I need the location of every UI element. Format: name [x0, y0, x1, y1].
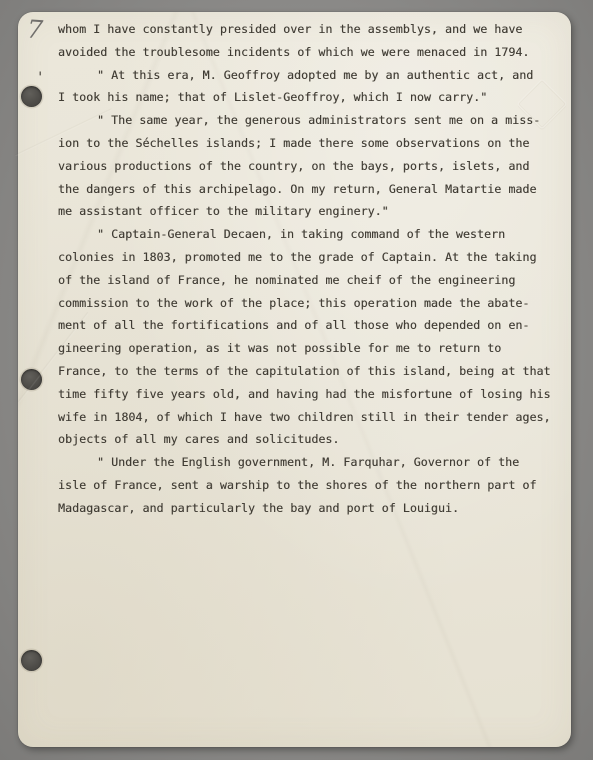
typed-line: " At this era, M. Geoffroy adopted me by… — [97, 64, 563, 87]
typed-line: various productions of the country, on t… — [58, 155, 563, 178]
typed-line: ion to the Séchelles islands; I made the… — [58, 132, 563, 155]
typed-line: avoided the troublesome incidents of whi… — [58, 41, 563, 64]
typed-line: whom I have constantly presided over in … — [58, 18, 563, 41]
typed-line: of the island of France, he nominated me… — [58, 269, 563, 292]
typed-line: commission to the work of the place; thi… — [58, 292, 563, 315]
typed-line: gineering operation, as it was not possi… — [58, 337, 563, 360]
punch-hole-top — [21, 86, 42, 107]
typed-line: objects of all my cares and solicitudes. — [58, 428, 563, 451]
handwritten-page-number: 7 — [26, 14, 44, 44]
typed-line: " Under the English government, M. Farqu… — [97, 451, 563, 474]
typed-line: me assistant officer to the military eng… — [58, 200, 563, 223]
typed-line: France, to the terms of the capitulation… — [58, 360, 563, 383]
typed-line: colonies in 1803, promoted me to the gra… — [58, 246, 563, 269]
typed-line: Madagascar, and particularly the bay and… — [58, 497, 563, 520]
typed-line: " The same year, the generous administra… — [97, 109, 563, 132]
typed-line: time fifty five years old, and having ha… — [58, 383, 563, 406]
punch-hole-bottom — [21, 650, 42, 671]
scanned-archive-photo: { "colors": { "background_mat": "#8b8a88… — [0, 0, 593, 760]
punch-hole-middle — [21, 369, 42, 390]
stray-ink-mark: ' — [36, 70, 44, 86]
typed-line: the dangers of this archipelago. On my r… — [58, 178, 563, 201]
typed-line: " Captain-General Decaen, in taking comm… — [97, 223, 563, 246]
typed-line: I took his name; that of Lislet-Geoffroy… — [58, 86, 563, 109]
typed-line: wife in 1804, of which I have two childr… — [58, 406, 563, 429]
typed-line: ment of all the fortifications and of al… — [58, 314, 563, 337]
typed-text-block: whom I have constantly presided over in … — [58, 18, 563, 520]
typewritten-page: 7 ' whom I have constantly presided over… — [18, 12, 571, 747]
typed-line: isle of France, sent a warship to the sh… — [58, 474, 563, 497]
